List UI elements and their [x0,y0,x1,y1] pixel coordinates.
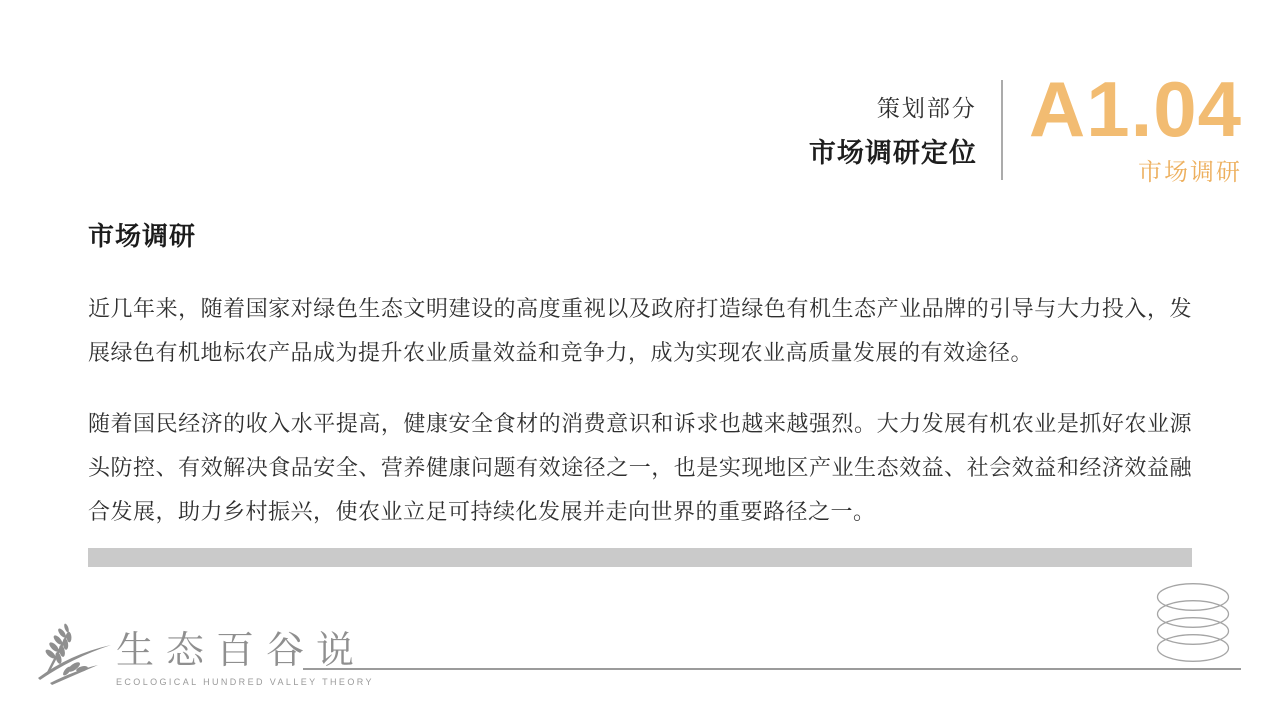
brand-subtitle: ECOLOGICAL HUNDRED VALLEY THEORY [116,677,374,687]
gray-accent-bar [88,548,1192,567]
slide: 策划部分 市场调研定位 A1.04 市场调研 市场调研 近几年来，随着国家对绿色… [0,0,1280,720]
brand-name: 生态百谷说 [116,632,374,670]
wheat-icon [36,620,112,694]
paragraph: 近几年来，随着国家对绿色生态文明建设的高度重视以及政府打造绿色有机生态产业品牌的… [88,287,1192,375]
paragraph: 随着国民经济的收入水平提高，健康安全食材的消费意识和诉求也越来越强烈。大力发展有… [88,402,1192,534]
coil-decoration-icon [1155,582,1231,666]
main-content: 市场调研 近几年来，随着国家对绿色生态文明建设的高度重视以及政府打造绿色有机生态… [88,216,1192,561]
brand-logo: 生态百谷说 ECOLOGICAL HUNDRED VALLEY THEORY [36,620,374,694]
header: 策划部分 市场调研定位 A1.04 市场调研 [809,72,1242,187]
header-code-block: A1.04 市场调研 [1029,72,1242,187]
footer-rule [303,668,1241,670]
section-code: A1.04 [1029,72,1242,146]
brand-text-block: 生态百谷说 ECOLOGICAL HUNDRED VALLEY THEORY [116,620,374,687]
page-title: 市场调研 [88,216,1192,253]
section-title: 市场调研定位 [809,131,977,170]
header-section: 策划部分 市场调研定位 [809,90,977,170]
section-label: 策划部分 [809,90,977,123]
header-divider [1001,80,1003,180]
section-code-caption: 市场调研 [1029,152,1242,187]
